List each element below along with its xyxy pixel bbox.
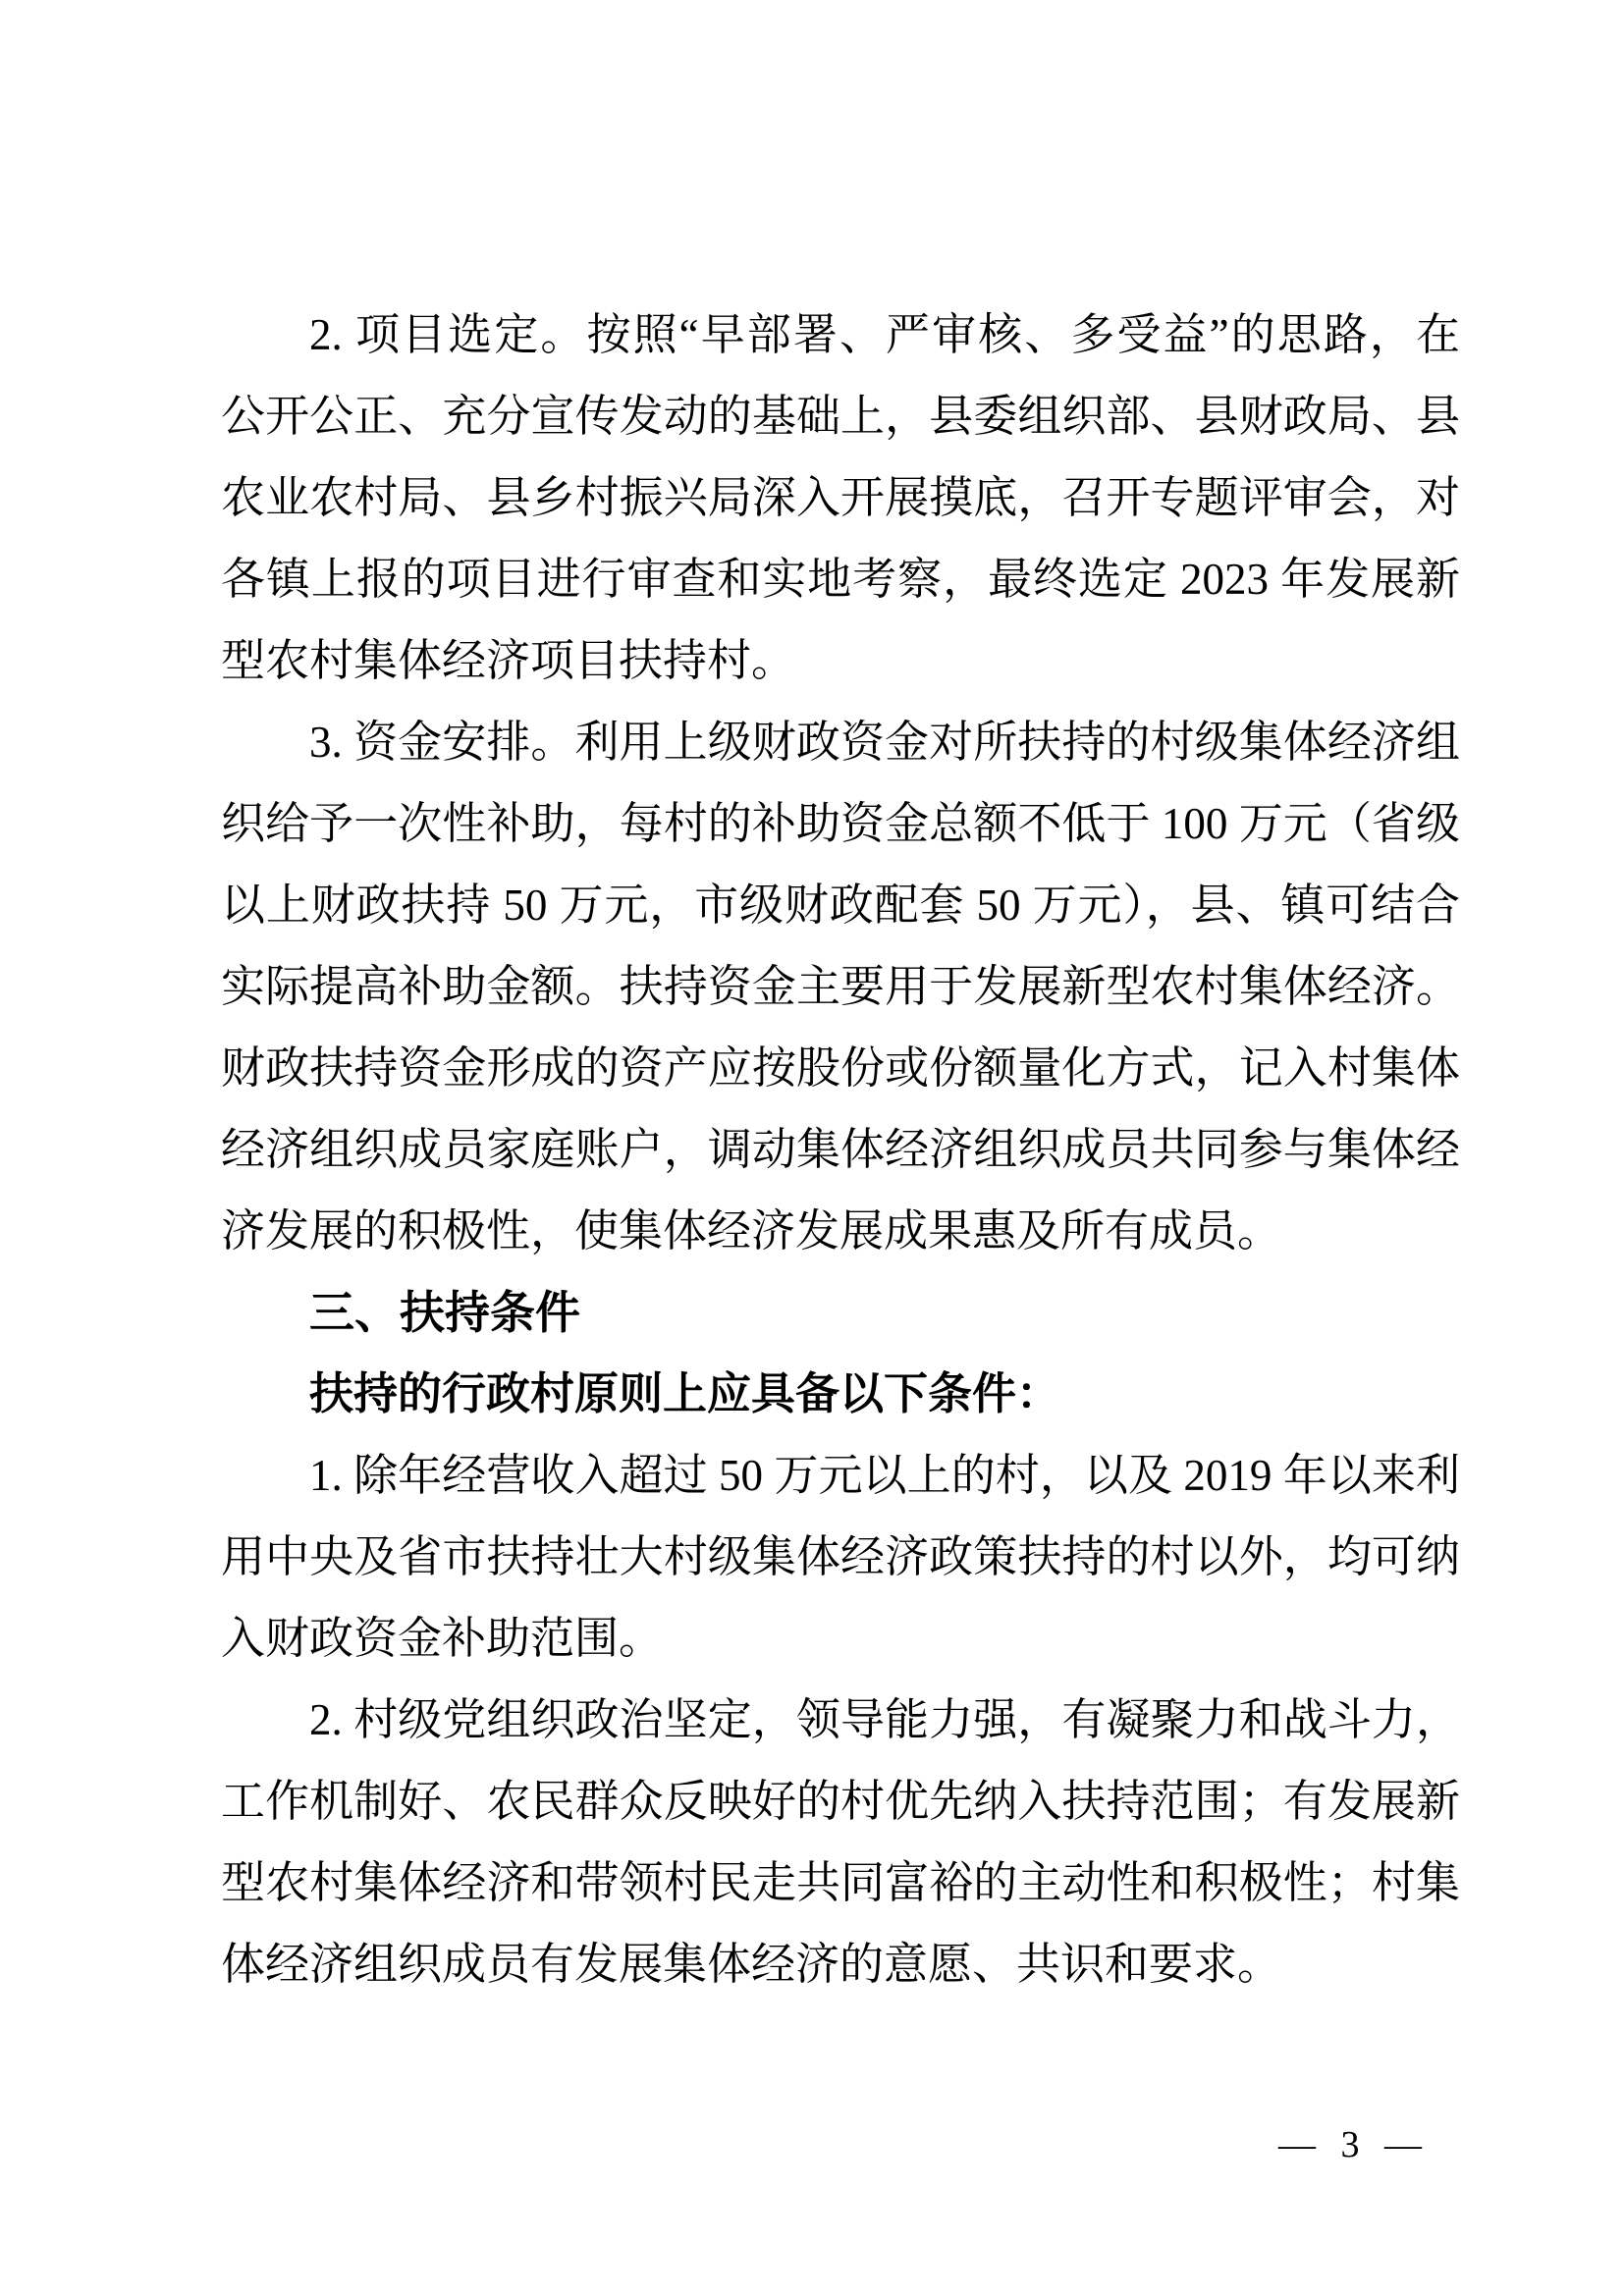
text-line: 3. 资金安排。利用上级财政资金对所扶持的村级集体经济组 — [221, 702, 1460, 783]
text-line: 型农村集体经济项目扶持村。 — [221, 620, 1460, 702]
section-heading: 三、扶持条件 — [221, 1272, 1460, 1354]
text-line: 用中央及省市扶持壮大村级集体经济政策扶持的村以外，均可纳 — [221, 1517, 1460, 1598]
text-line: 农业农村局、县乡村振兴局深入开展摸底，召开专题评审会，对 — [221, 457, 1460, 539]
text-line: 织给予一次性补助，每村的补助资金总额不低于 100 万元（省级 — [221, 783, 1460, 865]
text-line: 三、扶持条件 — [221, 1272, 1460, 1354]
text-line: 工作机制好、农民群众反映好的村优先纳入扶持范围；有发展新 — [221, 1761, 1460, 1842]
paragraph: 2. 村级党组织政治坚定，领导能力强，有凝聚力和战斗力，工作机制好、农民群众反映… — [221, 1680, 1460, 2005]
text-line: 体经济组织成员有发展集体经济的意愿、共识和要求。 — [221, 1924, 1460, 2005]
text-line: 实际提高补助金额。扶持资金主要用于发展新型农村集体经济。 — [221, 946, 1460, 1028]
paragraph: 1. 除年经营收入超过 50 万元以上的村，以及 2019 年以来利用中央及省市… — [221, 1435, 1460, 1680]
text-line: 2. 村级党组织政治坚定，领导能力强，有凝聚力和战斗力， — [221, 1680, 1460, 1761]
text-line: 扶持的行政村原则上应具备以下条件： — [221, 1354, 1460, 1435]
text-line: 2. 项目选定。按照“早部署、严审核、多受益”的思路，在 — [221, 294, 1460, 376]
text-line: 济发展的积极性，使集体经济发展成果惠及所有成员。 — [221, 1191, 1460, 1272]
page-number: — 3 — — [1278, 2120, 1422, 2169]
text-line: 入财政资金补助范围。 — [221, 1598, 1460, 1680]
text-line: 1. 除年经营收入超过 50 万元以上的村，以及 2019 年以来利 — [221, 1435, 1460, 1517]
document-body: 2. 项目选定。按照“早部署、严审核、多受益”的思路，在公开公正、充分宣传发动的… — [221, 294, 1460, 2005]
document-page: 2. 项目选定。按照“早部署、严审核、多受益”的思路，在公开公正、充分宣传发动的… — [0, 0, 1624, 2296]
text-line: 以上财政扶持 50 万元，市级财政配套 50 万元），县、镇可结合 — [221, 865, 1460, 946]
text-line: 各镇上报的项目进行审查和实地考察，最终选定 2023 年发展新 — [221, 539, 1460, 620]
paragraph: 3. 资金安排。利用上级财政资金对所扶持的村级集体经济组织给予一次性补助，每村的… — [221, 702, 1460, 1272]
text-line: 经济组织成员家庭账户，调动集体经济组织成员共同参与集体经 — [221, 1109, 1460, 1191]
text-line: 公开公正、充分宣传发动的基础上，县委组织部、县财政局、县 — [221, 376, 1460, 457]
emphasis-paragraph: 扶持的行政村原则上应具备以下条件： — [221, 1354, 1460, 1435]
text-line: 型农村集体经济和带领村民走共同富裕的主动性和积极性；村集 — [221, 1842, 1460, 1924]
text-line: 财政扶持资金形成的资产应按股份或份额量化方式，记入村集体 — [221, 1028, 1460, 1109]
paragraph: 2. 项目选定。按照“早部署、严审核、多受益”的思路，在公开公正、充分宣传发动的… — [221, 294, 1460, 702]
